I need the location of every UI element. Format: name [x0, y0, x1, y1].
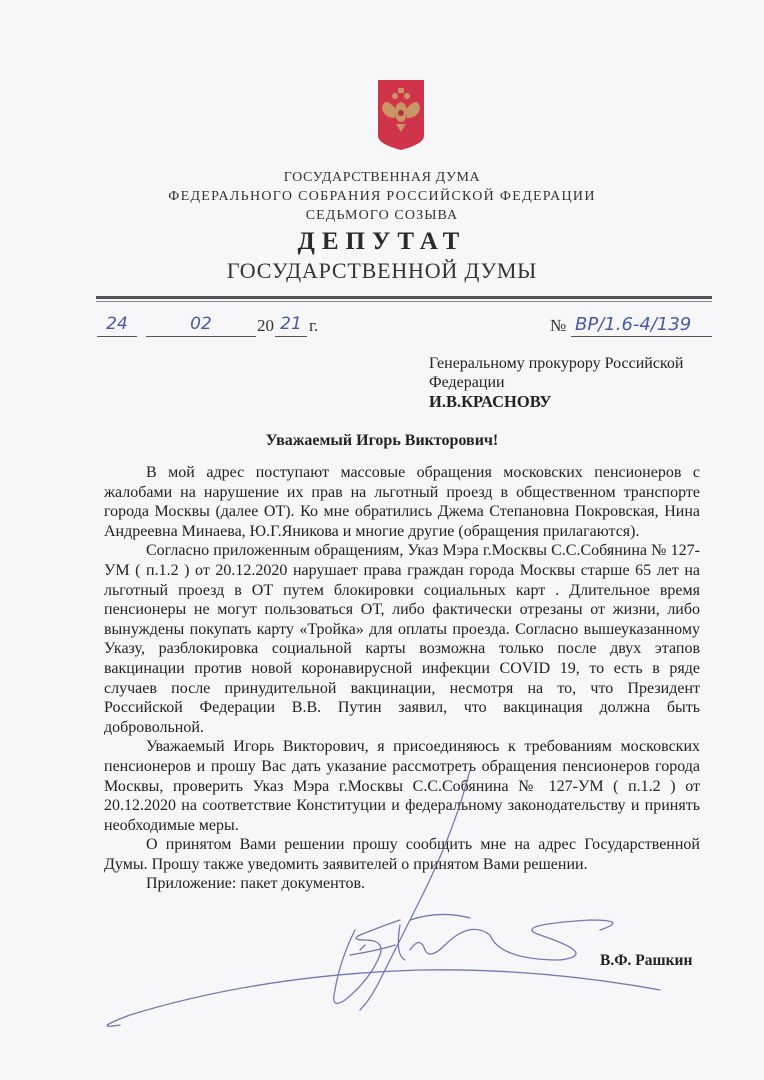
- date-year-prefix: 20: [257, 316, 274, 336]
- addressee-block: Генеральному прокурору Российской Федера…: [429, 354, 683, 412]
- number-label: №: [550, 316, 566, 336]
- addressee-name: И.В.КРАСНОВУ: [429, 392, 551, 411]
- date-year-suffix: 21: [280, 314, 302, 334]
- date-year-mark: г.: [309, 316, 318, 336]
- date-year-field: 21: [275, 314, 307, 337]
- header-subtitle: ГОСУДАРСТВЕННОЙ ДУМЫ: [0, 258, 764, 284]
- coat-of-arms-icon: [376, 78, 426, 152]
- header-rule-thick: [96, 296, 712, 299]
- date-day: 24: [106, 314, 128, 334]
- paragraph: Приложение: пакет документов.: [104, 874, 700, 894]
- date-month: 02: [190, 314, 212, 334]
- paragraph: В мой адрес поступают массовые обращения…: [104, 463, 700, 541]
- letter-body: В мой адрес поступают массовые обращения…: [104, 463, 700, 894]
- header-line-3: СЕДЬМОГО СОЗЫВА: [0, 208, 764, 224]
- number-field: ВР/1.6-4/139: [571, 314, 712, 337]
- paragraph: О принятом Вами решении прошу сообщить м…: [104, 835, 700, 874]
- addressee-line-1: Генеральному прокурору Российской: [429, 354, 683, 373]
- paragraph: Согласно приложенным обращениям, Указ Мэ…: [104, 541, 700, 737]
- header-line-1: ГОСУДАРСТВЕННАЯ ДУМА: [0, 170, 764, 186]
- letter-page: ГОСУДАРСТВЕННАЯ ДУМА ФЕДЕРАЛЬНОГО СОБРАН…: [0, 0, 764, 1080]
- date-day-field: 24: [97, 314, 137, 337]
- greeting: Уважаемый Игорь Викторович!: [0, 432, 764, 450]
- signer-name: В.Ф. Рашкин: [600, 952, 692, 970]
- header-rule-thin: [96, 301, 712, 302]
- header-line-2: ФЕДЕРАЛЬНОГО СОБРАНИЯ РОССИЙСКОЙ ФЕДЕРАЦ…: [0, 189, 764, 205]
- date-month-field: 02: [146, 314, 256, 337]
- paragraph: Уважаемый Игорь Викторович, я присоединя…: [104, 737, 700, 835]
- addressee-line-2: Федерации: [429, 373, 683, 392]
- header-title: ДЕПУТАТ: [0, 228, 764, 256]
- outgoing-number: ВР/1.6-4/139: [575, 314, 691, 335]
